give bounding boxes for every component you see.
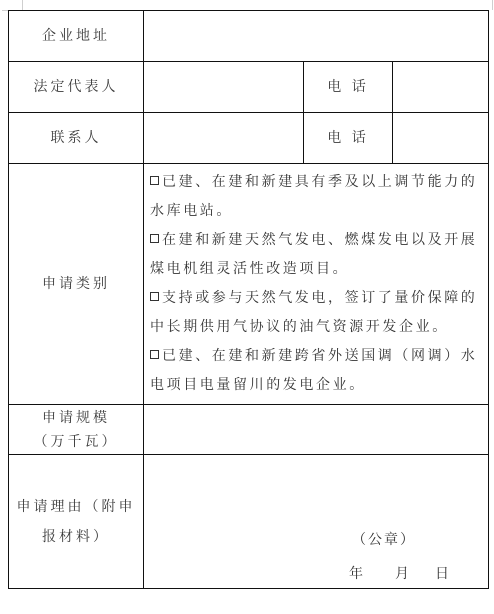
- application-reason-field[interactable]: （公章） 年 月 日: [144, 455, 489, 589]
- row-contact-person: 联系人 电 话: [9, 113, 489, 164]
- contact-person-label: 联系人: [9, 113, 144, 164]
- crop-mark: [492, 0, 493, 10]
- row-company-address: 企业地址: [9, 11, 489, 62]
- category-option-2[interactable]: 在建和新建天然气发电、燃煤发电以及开展 煤电机组灵活性改造项目。: [150, 226, 484, 284]
- date-month-label: 月: [395, 563, 412, 583]
- company-address-field[interactable]: [144, 11, 489, 62]
- application-scale-label: 申请规模 （万千瓦）: [9, 405, 144, 455]
- row-application-reason: 申请理由（附申 报材料） （公章） 年 月 日: [9, 455, 489, 589]
- contact-phone-label: 电 话: [304, 113, 393, 164]
- legal-representative-label: 法定代表人: [9, 62, 144, 113]
- checkbox-icon[interactable]: [150, 234, 159, 243]
- row-application-category: 申请类别 已建、在建和新建具有季及以上调节能力的 水库电站。 在建和新建天然气发…: [9, 164, 489, 405]
- date-year-label: 年: [349, 563, 366, 583]
- checkbox-icon[interactable]: [150, 176, 159, 185]
- legal-rep-phone-label: 电 话: [304, 62, 393, 113]
- row-application-scale: 申请规模 （万千瓦）: [9, 405, 489, 455]
- category-option-3[interactable]: 支持或参与天然气发电，签订了量价保障的 中长期供用气协议的油气资源开发企业。: [150, 284, 484, 342]
- application-category-options: 已建、在建和新建具有季及以上调节能力的 水库电站。 在建和新建天然气发电、燃煤发…: [144, 164, 489, 405]
- category-option-4[interactable]: 已建、在建和新建跨省外送国调（网调）水 电项目电量留川的发电企业。: [150, 342, 484, 400]
- legal-rep-phone-field[interactable]: [393, 62, 489, 113]
- row-legal-representative: 法定代表人 电 话: [9, 62, 489, 113]
- contact-person-field[interactable]: [144, 113, 304, 164]
- company-address-label: 企业地址: [9, 11, 144, 62]
- crop-mark: [22, 0, 23, 10]
- application-form-table: 企业地址 法定代表人 电 话 联系人 电 话 申请类别 已建、在建和新建具有季及: [8, 10, 489, 589]
- checkbox-icon[interactable]: [150, 350, 159, 359]
- checkbox-icon[interactable]: [150, 292, 159, 301]
- date-day-label: 日: [435, 563, 452, 583]
- application-category-label: 申请类别: [9, 164, 144, 405]
- legal-representative-field[interactable]: [144, 62, 304, 113]
- contact-phone-field[interactable]: [393, 113, 489, 164]
- category-option-1[interactable]: 已建、在建和新建具有季及以上调节能力的 水库电站。: [150, 168, 484, 226]
- official-seal-label: （公章）: [352, 529, 416, 549]
- application-scale-field[interactable]: [144, 405, 489, 455]
- application-reason-label: 申请理由（附申 报材料）: [9, 455, 144, 589]
